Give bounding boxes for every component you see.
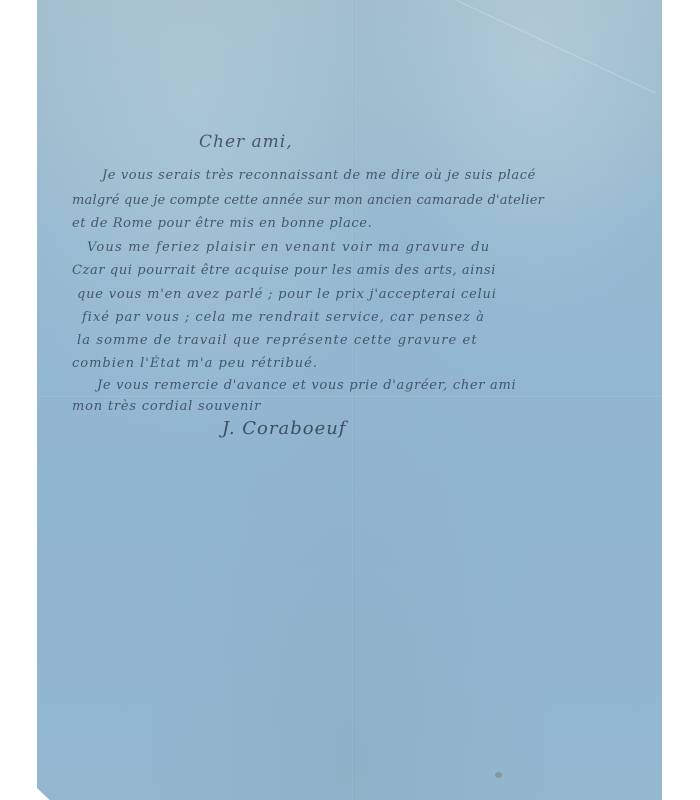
letter-line: mon très cordial souvenir — [72, 399, 261, 414]
salutation: Cher ami, — [199, 132, 293, 152]
letter-line: malgré que je compte cette année sur mon… — [72, 193, 544, 208]
signature: J. Coraboeuf — [222, 418, 346, 439]
letter-paper: Cher ami, Je vous serais très reconnaiss… — [37, 0, 662, 800]
letter-line: la somme de travail que représente cette… — [77, 333, 478, 348]
letter-line: que vous m'en avez parlé ; pour le prix … — [77, 287, 497, 302]
letter-line: combien l'État m'a peu rétribué. — [72, 356, 318, 371]
letter-line: fixé par vous ; cela me rendrait service… — [82, 310, 485, 325]
letter-line: Je vous remercie d'avance et vous prie d… — [97, 378, 516, 393]
letter-line: Czar qui pourrait être acquise pour les … — [72, 263, 496, 278]
letter-body: Cher ami, Je vous serais très reconnaiss… — [37, 0, 662, 800]
letter-line: Je vous serais très reconnaissant de me … — [102, 168, 536, 183]
letter-line: Vous me feriez plaisir en venant voir ma… — [87, 240, 490, 255]
letter-line: et de Rome pour être mis en bonne place. — [72, 216, 372, 231]
